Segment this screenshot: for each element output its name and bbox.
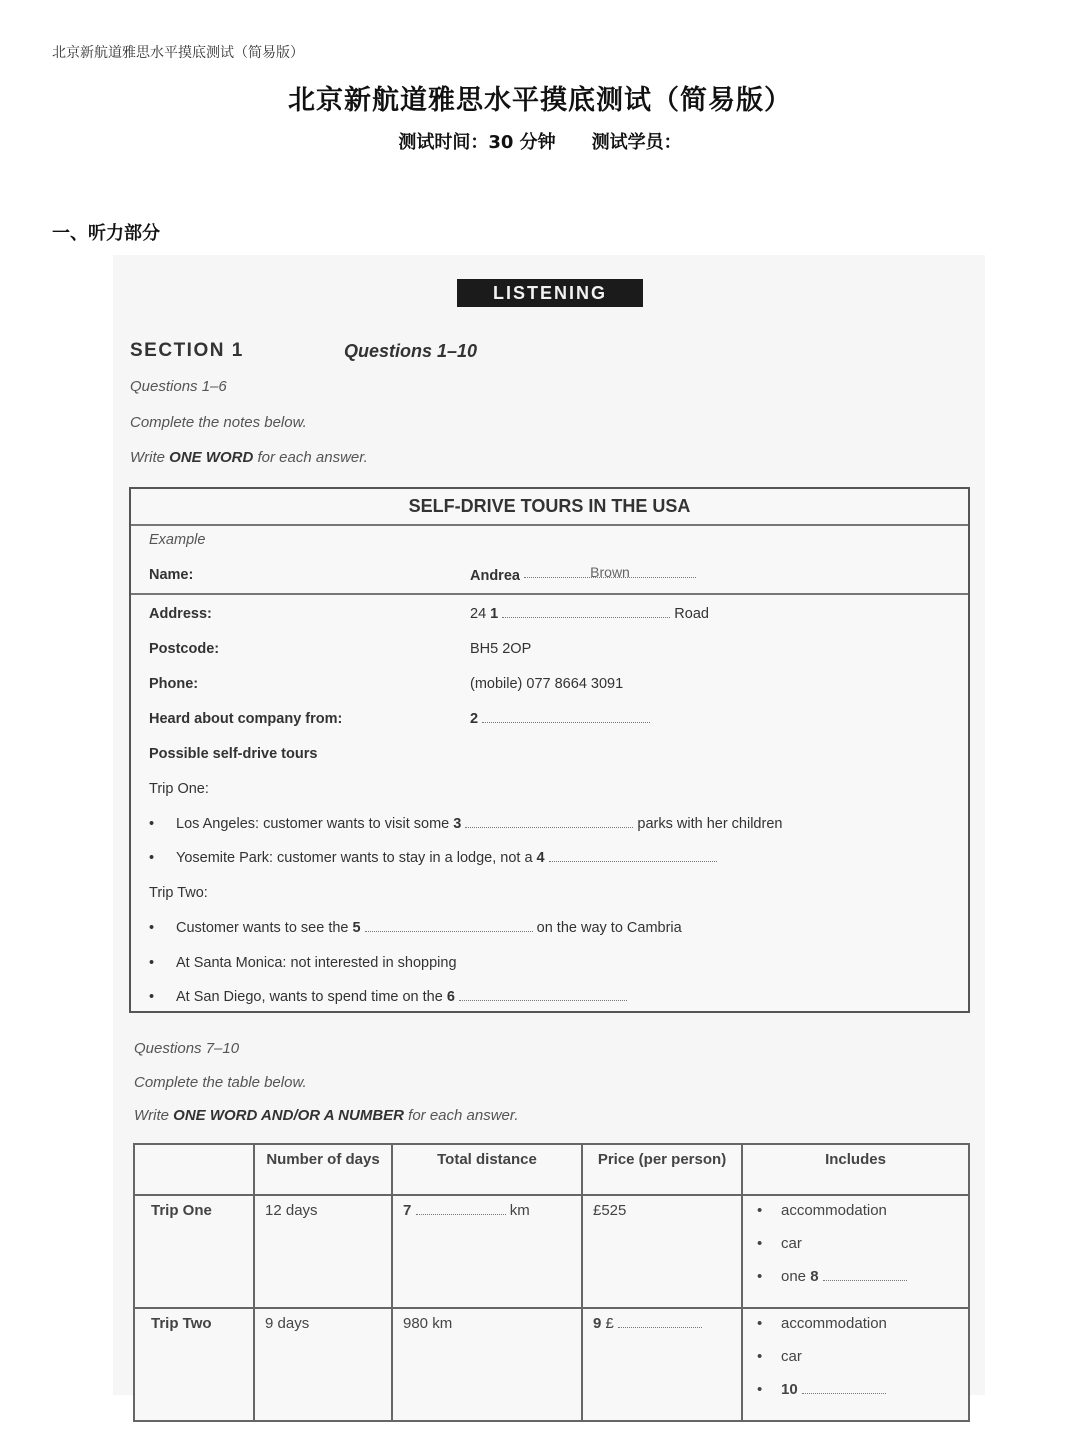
phone-row: Phone: (mobile) 077 8664 3091 xyxy=(149,676,949,692)
phone-label: Phone: xyxy=(149,676,198,692)
question-number-6: 6 xyxy=(447,989,455,1005)
trip-name: Trip Two xyxy=(134,1308,254,1421)
document-title: 北京新航道雅思水平摸底测试（简易版） xyxy=(0,78,1080,117)
listening-banner: LISTENING xyxy=(457,279,643,307)
section-label: SECTION 1 xyxy=(130,340,244,362)
group2-word-limit: Write ONE WORD AND/OR A NUMBER for each … xyxy=(134,1107,519,1124)
answer-blank-2[interactable] xyxy=(482,712,650,723)
bullet-icon: • xyxy=(149,989,176,1005)
bullet-icon: • xyxy=(149,955,176,971)
notes-title: SELF-DRIVE TOURS IN THE USA xyxy=(131,489,968,526)
item-text: At San Diego, wants to spend time on the xyxy=(176,989,447,1005)
notes-box: SELF-DRIVE TOURS IN THE USA Example Name… xyxy=(129,487,970,1013)
postcode-row: Postcode: BH5 2OP xyxy=(149,641,949,657)
trip-one-item: •Yosemite Park: customer wants to stay i… xyxy=(149,850,717,866)
bullet-icon: • xyxy=(149,850,176,866)
answer-blank-8[interactable] xyxy=(823,1270,907,1281)
test-info: 测试时间：30 分钟测试学员： xyxy=(0,128,1080,154)
question-number-7: 7 xyxy=(403,1202,411,1219)
tours-label: Possible self-drive tours xyxy=(149,746,317,762)
trip-days: 9 days xyxy=(254,1308,392,1421)
trip-name: Trip One xyxy=(134,1195,254,1308)
include-item: car xyxy=(753,1227,958,1260)
include-item: one 8 xyxy=(753,1260,958,1293)
table-header-row: Number of days Total distance Price (per… xyxy=(134,1144,969,1195)
item-text: Yosemite Park: customer wants to stay in… xyxy=(176,850,537,866)
trip-two-label: Trip Two: xyxy=(149,885,208,901)
answer-blank-6[interactable] xyxy=(459,990,627,1001)
test-time: 测试时间：30 分钟 xyxy=(398,132,555,153)
answer-blank-9[interactable] xyxy=(618,1317,702,1328)
name-answer-blank: Brown xyxy=(524,567,696,578)
table-row: Trip Two 9 days 980 km 9 £ accommodation… xyxy=(134,1308,969,1421)
include-item: 10 xyxy=(753,1373,958,1406)
first-name: Andrea xyxy=(470,568,520,584)
item-text: Los Angeles: customer wants to visit som… xyxy=(176,816,453,832)
example-answer: Brown xyxy=(590,564,630,580)
address-suffix: Road xyxy=(670,606,709,622)
test-student: 测试学员： xyxy=(592,132,682,153)
item-text-post: on the way to Cambria xyxy=(533,920,682,936)
trip-includes: accommodation car 10 xyxy=(742,1308,969,1421)
part-title: 一、听力部分 xyxy=(52,219,160,245)
address-number: 24 xyxy=(470,606,490,622)
trip-distance: 7 km xyxy=(392,1195,582,1308)
trip-includes: accommodation car one 8 xyxy=(742,1195,969,1308)
trip-days: 12 days xyxy=(254,1195,392,1308)
word-limit-pre: Write xyxy=(130,449,169,466)
word-limit-bold: ONE WORD xyxy=(169,449,253,466)
group1-title: Questions 1–6 xyxy=(130,378,227,395)
answer-blank-5[interactable] xyxy=(365,921,533,932)
address-label: Address: xyxy=(149,606,212,622)
question-number-1: 1 xyxy=(490,606,498,622)
section-questions: Questions 1–10 xyxy=(344,341,477,362)
word-limit-pre: Write xyxy=(134,1107,173,1124)
item-text: Customer wants to see the xyxy=(176,920,353,936)
trip-one-label: Trip One: xyxy=(149,781,209,797)
column-header-distance: Total distance xyxy=(392,1144,582,1195)
column-header-includes: Includes xyxy=(742,1144,969,1195)
address-row: Address: 24 1 Road xyxy=(149,606,949,622)
heard-row: Heard about company from: 2 xyxy=(149,711,949,727)
group1-instruction: Complete the notes below. xyxy=(130,414,307,431)
question-number-4: 4 xyxy=(537,850,545,866)
trip-price: £525 xyxy=(582,1195,742,1308)
include-item: accommodation xyxy=(753,1194,958,1227)
tours-table: Number of days Total distance Price (per… xyxy=(133,1143,970,1422)
column-header-days: Number of days xyxy=(254,1144,392,1195)
question-number-2: 2 xyxy=(470,711,478,727)
trip-distance: 980 km xyxy=(392,1308,582,1421)
notes-divider xyxy=(131,593,968,595)
question-number-3: 3 xyxy=(453,816,461,832)
group2-title: Questions 7–10 xyxy=(134,1040,239,1057)
group2-instruction: Complete the table below. xyxy=(134,1074,307,1091)
name-row: Name: Andrea Brown xyxy=(149,567,949,583)
word-limit-bold: ONE WORD AND/OR A NUMBER xyxy=(173,1107,404,1124)
include-item: car xyxy=(753,1340,958,1373)
include-prefix: one xyxy=(781,1268,810,1285)
group1-word-limit: Write ONE WORD for each answer. xyxy=(130,449,368,466)
heard-value: 2 xyxy=(470,711,650,727)
question-number-8: 8 xyxy=(810,1268,818,1285)
trip-two-item: •Customer wants to see the 5 on the way … xyxy=(149,920,682,936)
question-number-9: 9 xyxy=(593,1315,601,1332)
trip-price: 9 £ xyxy=(582,1308,742,1421)
answer-blank-4[interactable] xyxy=(549,851,717,862)
name-value: Andrea Brown xyxy=(470,567,696,584)
example-label: Example xyxy=(149,532,205,548)
bullet-icon: • xyxy=(149,920,176,936)
postcode-value: BH5 2OP xyxy=(470,641,531,657)
question-number-10: 10 xyxy=(781,1381,798,1398)
answer-blank-10[interactable] xyxy=(802,1383,886,1394)
include-item: accommodation xyxy=(753,1307,958,1340)
trip-two-item: •At Santa Monica: not interested in shop… xyxy=(149,955,457,971)
postcode-label: Postcode: xyxy=(149,641,219,657)
answer-blank-1[interactable] xyxy=(502,607,670,618)
running-header: 北京新航道雅思水平摸底测试（简易版） xyxy=(52,42,304,62)
column-header-price: Price (per person) xyxy=(582,1144,742,1195)
currency-symbol: £ xyxy=(606,1315,614,1332)
table-row: Trip One 12 days 7 km £525 accommodation… xyxy=(134,1195,969,1308)
distance-unit: km xyxy=(510,1202,530,1219)
heard-label: Heard about company from: xyxy=(149,711,342,727)
item-text-post: parks with her children xyxy=(633,816,782,832)
column-header xyxy=(134,1144,254,1195)
item-text: At Santa Monica: not interested in shopp… xyxy=(176,955,457,971)
address-value: 24 1 Road xyxy=(470,606,709,622)
trip-one-item: •Los Angeles: customer wants to visit so… xyxy=(149,816,782,832)
tours-label-text: Possible self-drive tours xyxy=(149,746,317,762)
answer-blank-3[interactable] xyxy=(465,817,633,828)
phone-value: (mobile) 077 8664 3091 xyxy=(470,676,623,692)
word-limit-post: for each answer. xyxy=(253,449,368,466)
word-limit-post: for each answer. xyxy=(404,1107,519,1124)
bullet-icon: • xyxy=(149,816,176,832)
answer-blank-7[interactable] xyxy=(416,1204,506,1215)
trip-two-item: •At San Diego, wants to spend time on th… xyxy=(149,989,627,1005)
name-label: Name: xyxy=(149,567,193,583)
question-number-5: 5 xyxy=(353,920,361,936)
